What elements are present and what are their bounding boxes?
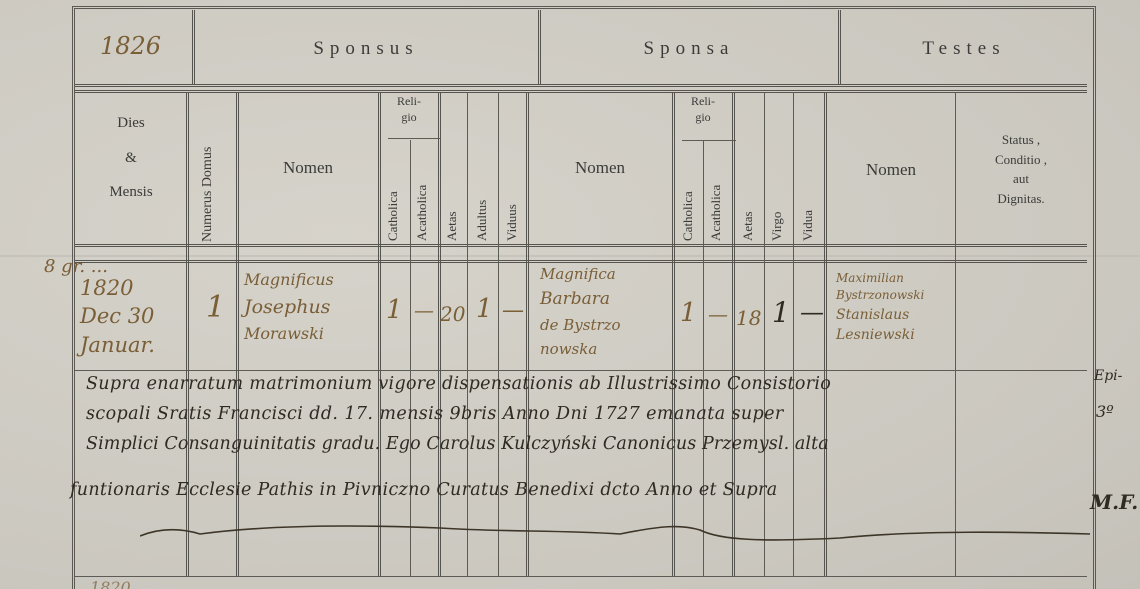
religio-label-1: Reli- bbox=[674, 94, 732, 110]
col-acatholica-sponsus: Acatholica bbox=[414, 145, 430, 241]
vline-nomen2 bbox=[672, 92, 675, 576]
vline-vidua bbox=[824, 92, 827, 576]
entry-sponsus-name: Magnificus Josephus Morawski bbox=[244, 268, 334, 347]
entry-sponsus-viduus: — bbox=[502, 298, 524, 323]
sponsa-given-name: Barbara bbox=[540, 286, 621, 313]
group-title-sponsus: Sponsus bbox=[196, 38, 536, 60]
entry-sponsa-acatholica: — bbox=[708, 302, 728, 326]
status-label-4: Dignitas. bbox=[958, 189, 1084, 209]
col-aetas-sponsa: Aetas bbox=[740, 145, 756, 241]
entry-date-year: 1820 bbox=[80, 274, 155, 302]
vline-dies bbox=[186, 92, 189, 576]
sponsus-given-name: Josephus bbox=[244, 293, 334, 322]
vline-group-1 bbox=[192, 10, 195, 85]
vline-group-2 bbox=[538, 10, 541, 85]
vline-acatholica2 bbox=[732, 92, 735, 576]
status-label-1: Status , bbox=[958, 130, 1084, 150]
sponsa-surname-1: de Bystrzo bbox=[540, 313, 621, 337]
vline-virgo bbox=[793, 92, 794, 576]
rule-religio-sponsa bbox=[682, 140, 736, 141]
col-aetas-sponsus: Aetas bbox=[444, 145, 460, 241]
status-label-3: aut bbox=[958, 169, 1084, 189]
note-line-2: scopali Sratis Francisci dd. 17. mensis … bbox=[86, 404, 784, 424]
sponsa-title: Magnifica bbox=[540, 262, 621, 286]
note-line-4-margin: M.F. bbox=[1090, 490, 1138, 514]
col-amp-label: & bbox=[78, 141, 184, 176]
entry-sponsus-adultus: 1 bbox=[476, 294, 493, 324]
register-page: 1826 Sponsus Sponsa Testes Dies & Mensis… bbox=[0, 0, 1140, 589]
entry-sponsa-catholica: 1 bbox=[680, 298, 697, 328]
rule-page-bottom bbox=[75, 576, 1087, 577]
witness-1-surname: Bystrzonowski bbox=[836, 287, 924, 304]
entry-sponsus-catholica: 1 bbox=[386, 295, 403, 325]
col-catholica-sponsa: Catholica bbox=[680, 145, 696, 241]
col-adultus: Adultus bbox=[474, 145, 490, 241]
religio-label-2: gio bbox=[674, 110, 732, 126]
col-sponsus-nomen: Nomen bbox=[240, 155, 376, 181]
col-sponsa-nomen: Nomen bbox=[530, 155, 670, 181]
col-dies-mensis: Dies & Mensis bbox=[78, 106, 184, 210]
entry-sponsa-name: Magnifica Barbara de Bystrzo nowska bbox=[540, 262, 621, 361]
col-religio-sponsa: Reli- gio bbox=[674, 94, 732, 125]
note-line-1-margin: Epi- bbox=[1094, 368, 1122, 384]
entry-sponsus-aetas: 20 bbox=[440, 302, 465, 326]
vline-group-3 bbox=[838, 10, 841, 85]
col-mensis-label: Mensis bbox=[78, 175, 184, 210]
note-line-1: Supra enarratum matrimonium vigore dispe… bbox=[86, 374, 831, 394]
year-corner: 1826 bbox=[100, 32, 161, 60]
religio-label-2: gio bbox=[380, 110, 438, 126]
sponsus-title: Magnificus bbox=[244, 268, 334, 293]
col-numerus-domus: Numerus Domus bbox=[200, 96, 216, 242]
vline-catholica2 bbox=[703, 140, 704, 576]
rule-under-groups bbox=[75, 84, 1087, 87]
col-vidua: Vidua bbox=[800, 145, 816, 241]
vline-aetas1 bbox=[467, 92, 468, 576]
entry-numerus-domus: 1 bbox=[206, 290, 225, 325]
entry-sponsus-acatholica: — bbox=[414, 298, 434, 322]
vline-nomen1 bbox=[378, 92, 381, 576]
witness-2-surname: Lesniewski bbox=[836, 325, 924, 345]
col-catholica-sponsus: Catholica bbox=[385, 145, 401, 241]
vline-numerus bbox=[236, 92, 239, 576]
note-line-3: Simplici Consanguinitatis gradu. Ego Car… bbox=[86, 434, 829, 454]
vline-viduus1 bbox=[526, 92, 529, 576]
rule-over-columns bbox=[75, 90, 1087, 93]
witness-2-given: Stanislaus bbox=[836, 305, 924, 325]
religio-label-1: Reli- bbox=[380, 94, 438, 110]
col-acatholica-sponsa: Acatholica bbox=[708, 145, 724, 241]
group-title-testes: Testes bbox=[842, 38, 1086, 60]
group-title-sponsa: Sponsa bbox=[542, 38, 836, 60]
col-virgo: Virgo bbox=[769, 145, 785, 241]
entry-date-day: Dec 30 bbox=[80, 302, 155, 330]
vline-catholica1 bbox=[410, 140, 411, 576]
entry-testes-names: Maximilian Bystrzonowski Stanislaus Lesn… bbox=[836, 270, 924, 345]
entry-date-month: Januar. bbox=[80, 331, 155, 359]
col-dies-label: Dies bbox=[78, 106, 184, 141]
vline-acatholica1 bbox=[438, 92, 441, 576]
sponsa-surname-2: nowska bbox=[540, 337, 621, 361]
entry-sponsa-virgo: 1 bbox=[772, 296, 790, 329]
col-viduus: Viduus bbox=[504, 145, 520, 241]
witness-1-given: Maximilian bbox=[836, 270, 924, 287]
col-status: Status , Conditio , aut Dignitas. bbox=[958, 130, 1084, 208]
rule-under-columns bbox=[75, 244, 1087, 247]
entry-sponsa-vidua: — bbox=[800, 298, 824, 326]
col-testes-nomen: Nomen bbox=[828, 157, 954, 183]
status-label-2: Conditio , bbox=[958, 150, 1084, 170]
closing-flourish bbox=[140, 520, 1100, 550]
rule-entry-bottom bbox=[75, 370, 1087, 371]
vline-aetas2 bbox=[764, 92, 765, 576]
note-line-4: funtionaris Ecclesie Pathis in Pivniczno… bbox=[70, 480, 777, 500]
rule-religio-sponsus bbox=[388, 138, 440, 139]
entry-sponsa-aetas: 18 bbox=[736, 306, 761, 330]
col-religio-sponsus: Reli- gio bbox=[380, 94, 438, 125]
vline-testes-nomen bbox=[955, 92, 956, 576]
vline-adultus1 bbox=[498, 92, 499, 576]
next-row-date: 1820 bbox=[90, 578, 131, 589]
note-line-2-margin: 3º bbox=[1096, 402, 1114, 421]
sponsus-surname: Morawski bbox=[244, 322, 334, 347]
entry-date: 1820 Dec 30 Januar. bbox=[80, 274, 155, 359]
